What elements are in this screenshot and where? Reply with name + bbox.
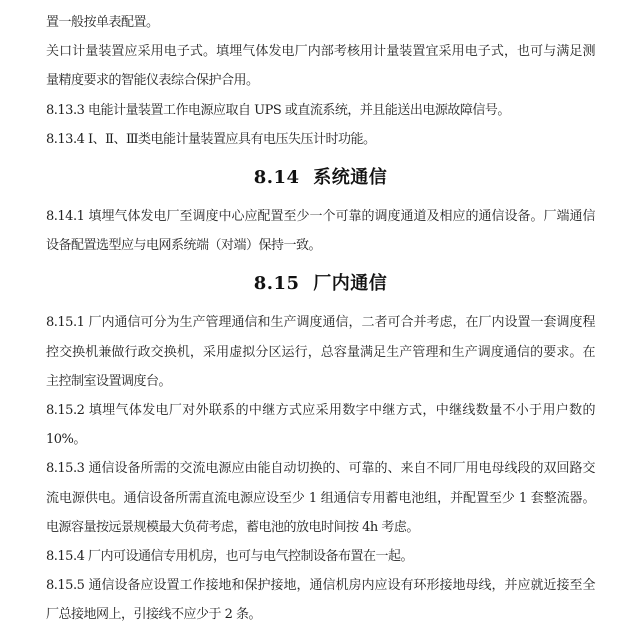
- paragraph: 8.13.4 Ⅰ、Ⅱ、Ⅲ类电能计量装置应具有电压失压计时功能。: [46, 125, 595, 154]
- paragraph: 8.13.3 电能计量装置工作电源应取自 UPS 或直流系统，并且能送出电源故障…: [46, 96, 595, 125]
- paragraph: 8.15.2 填埋气体发电厂对外联系的中继方式应采用数字中继方式，中继线数量不小…: [46, 396, 595, 454]
- text-line: 8.13.4 Ⅰ、Ⅱ、Ⅲ类电能计量装置应具有电压失压计时功能。: [46, 125, 595, 154]
- text-line: 8.15.3 通信设备所需的交流电源应由能自动切换的、可靠的、来自不同厂用电母线…: [46, 454, 595, 483]
- paragraph: 8.15.1 厂内通信可分为生产管理通信和生产调度通信，二者可合并考虑，在厂内设…: [46, 308, 595, 396]
- section-heading: 8.15 厂内通信: [46, 268, 595, 300]
- text-line: 8.15 厂内通信: [46, 268, 595, 300]
- text-line: 厂总接地网上，引接线不应少于 2 条。: [46, 600, 595, 623]
- text-line: 量精度要求的智能仪表综合保护合用。: [46, 66, 595, 95]
- text-line: 8.14 系统通信: [46, 162, 595, 194]
- document-page: 置一般按单表配置。关口计量装置应采用电子式。填埋气体发电厂内部考核用计量装置宜采…: [0, 0, 640, 623]
- text-line: 设备配置选型应与电网系统端（对端）保持一致。: [46, 231, 595, 260]
- paragraph: 8.15.4 厂内可设通信专用机房，也可与电气控制设备布置在一起。: [46, 542, 595, 571]
- text-line: 8.15.4 厂内可设通信专用机房，也可与电气控制设备布置在一起。: [46, 542, 595, 571]
- text-line: 10%。: [46, 425, 595, 454]
- section-heading: 8.14 系统通信: [46, 162, 595, 194]
- text-line: 8.13.3 电能计量装置工作电源应取自 UPS 或直流系统，并且能送出电源故障…: [46, 96, 595, 125]
- text-line: 8.15.5 通信设备应设置工作接地和保护接地，通信机房内应设有环形接地母线，并…: [46, 571, 595, 600]
- text-line: 置一般按单表配置。: [46, 8, 595, 37]
- text-line: 8.14.1 填埋气体发电厂至调度中心应配置至少一个可靠的调度通道及相应的通信设…: [46, 202, 595, 231]
- paragraph: 置一般按单表配置。: [46, 8, 595, 37]
- paragraph: 8.14.1 填埋气体发电厂至调度中心应配置至少一个可靠的调度通道及相应的通信设…: [46, 202, 595, 260]
- text-line: 8.15.2 填埋气体发电厂对外联系的中继方式应采用数字中继方式，中继线数量不小…: [46, 396, 595, 425]
- text-line: 关口计量装置应采用电子式。填埋气体发电厂内部考核用计量装置宜采用电子式，也可与满…: [46, 37, 595, 66]
- text-line: 电源容量按远景规模最大负荷考虑，蓄电池的放电时间按 4h 考虑。: [46, 513, 595, 542]
- text-line: 8.15.1 厂内通信可分为生产管理通信和生产调度通信，二者可合并考虑，在厂内设…: [46, 308, 595, 337]
- paragraph: 关口计量装置应采用电子式。填埋气体发电厂内部考核用计量装置宜采用电子式，也可与满…: [46, 37, 595, 95]
- text-line: 控交换机兼做行政交换机，采用虚拟分区运行，总容量满足生产管理和生产调度通信的要求…: [46, 338, 595, 367]
- document-content: 置一般按单表配置。关口计量装置应采用电子式。填埋气体发电厂内部考核用计量装置宜采…: [46, 8, 595, 623]
- paragraph: 8.15.5 通信设备应设置工作接地和保护接地，通信机房内应设有环形接地母线，并…: [46, 571, 595, 623]
- text-line: 流电源供电。通信设备所需直流电源应设至少 1 组通信专用蓄电池组，并配置至少 1…: [46, 484, 595, 513]
- paragraph: 8.15.3 通信设备所需的交流电源应由能自动切换的、可靠的、来自不同厂用电母线…: [46, 454, 595, 542]
- text-line: 主控制室设置调度台。: [46, 367, 595, 396]
